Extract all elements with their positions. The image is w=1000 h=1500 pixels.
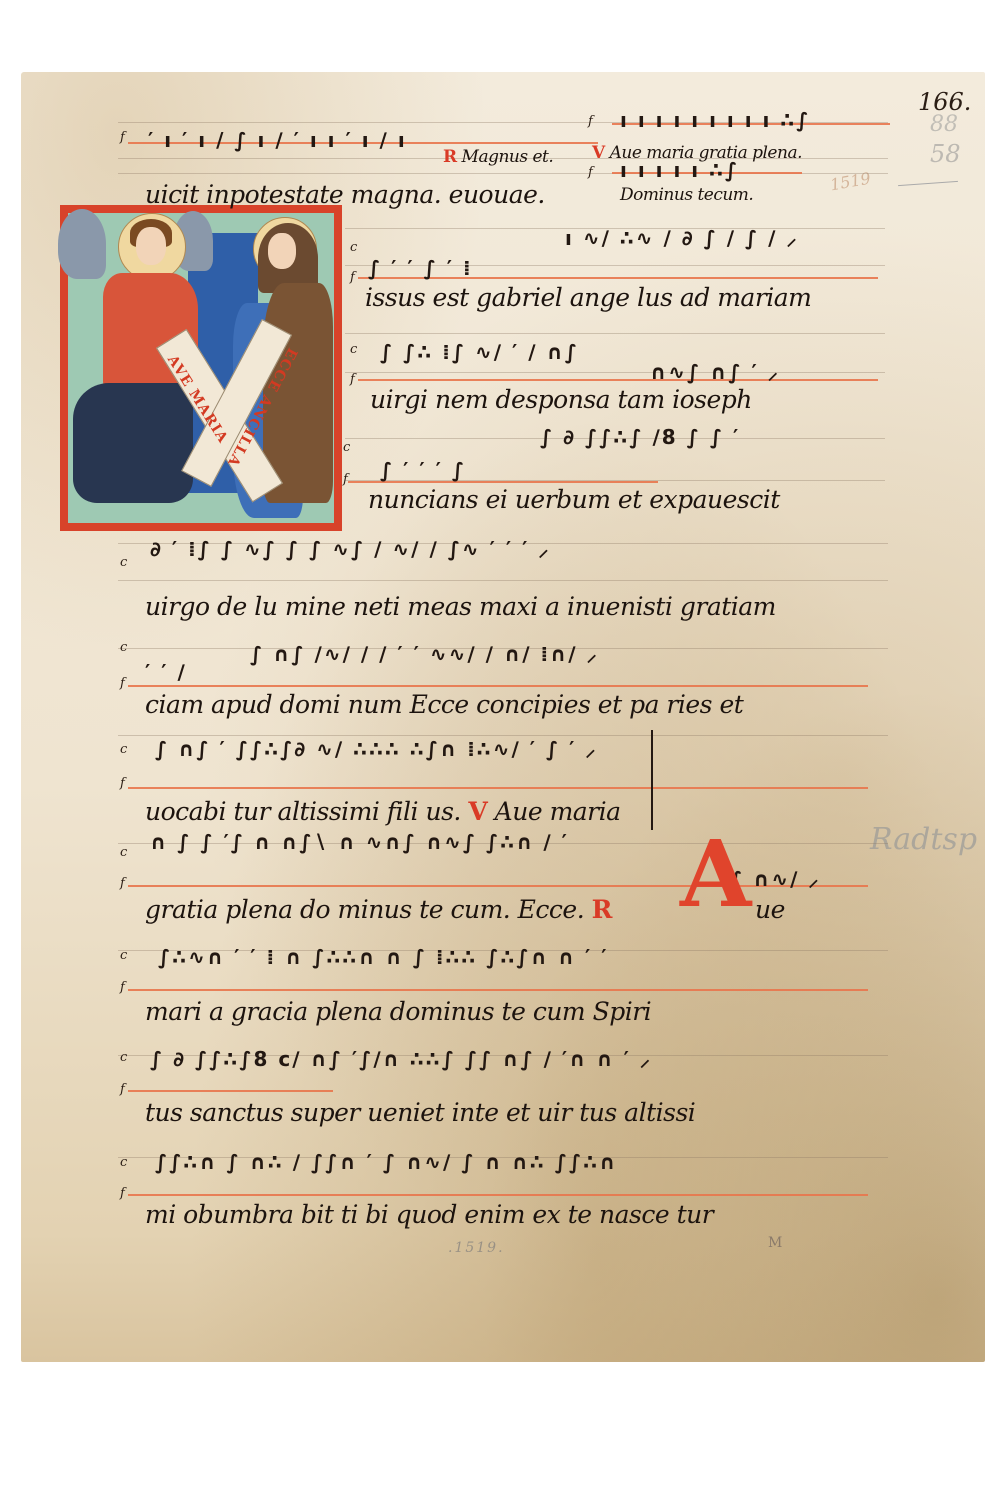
- text-line-9: mari a gracia plena dominus te cum Spiri: [145, 997, 651, 1026]
- text-aue-maria: Aue maria gratia plena.: [610, 143, 802, 163]
- text-line-10: tus sanctus super ueniet inte et uir tus…: [145, 1098, 695, 1127]
- text-line-2: issus est gabriel ange lus ad mariam: [365, 283, 811, 312]
- ruling-line: [345, 372, 885, 373]
- rubric-v: V: [592, 143, 605, 163]
- c-clef: c: [120, 845, 127, 860]
- neumes-line-8c: ∩ ∫ ∫ ′∫ ∩ ∩∫∖ ∩ ∿∩∫ ∩∿∫ ∫∴∩ ∕ ′: [150, 830, 569, 854]
- c-clef: c: [343, 440, 350, 455]
- c-clef: c: [120, 742, 127, 757]
- c-clef: c: [350, 342, 357, 357]
- mary-face: [268, 233, 296, 269]
- text-line-4: nuncians ei uerbum et expauescit: [368, 485, 780, 514]
- verse-line-1: V Aue maria gratia plena.: [592, 143, 802, 163]
- text-line-3: uirgi nem desponsa tam ioseph: [370, 385, 752, 414]
- rubric-v: V: [468, 797, 487, 826]
- f-line: [128, 989, 868, 991]
- rubric-r: R: [443, 147, 457, 167]
- text-ue: ue: [755, 895, 785, 924]
- f-clef: f: [343, 472, 348, 487]
- pencil-old-folio-88: 88: [930, 112, 958, 137]
- f-line: [128, 685, 868, 687]
- division-bar: [651, 730, 653, 830]
- text-line-7: uocabi tur altissimi fili us. V Aue mari…: [145, 797, 621, 826]
- text-aue-maria: Aue maria: [495, 797, 621, 826]
- f-clef: f: [588, 165, 593, 180]
- f-line: [128, 1090, 333, 1092]
- f-line: [358, 379, 878, 381]
- c-clef: c: [120, 948, 127, 963]
- c-clef: c: [120, 640, 127, 655]
- f-clef: f: [120, 130, 125, 145]
- text-line-6: ciam apud domi num Ecce concipies et pa …: [145, 690, 743, 719]
- f-line: [128, 1194, 868, 1196]
- neumes-line-6f: ′ ′ ∕: [145, 660, 187, 684]
- ownership-stamp-icon: M: [768, 1235, 782, 1251]
- f-clef: f: [350, 372, 355, 387]
- f-clef: f: [350, 270, 355, 285]
- angel-dark-mantle: [73, 383, 193, 503]
- red-initial-a: A: [680, 828, 751, 920]
- neumes-line-1a: ′ ı ′ ı / ∫ ı ∕ ′ ı ı ′ ı ∕ ı: [148, 128, 407, 152]
- rubric-r-line-1: R Magnus et.: [443, 147, 553, 167]
- c-clef: c: [120, 555, 127, 570]
- c-clef: c: [350, 240, 357, 255]
- angel-face: [136, 227, 166, 265]
- f-clef: f: [588, 114, 593, 129]
- text-gratia-plena: gratia plena do minus te cum. Ecce.: [145, 895, 584, 924]
- neumes-line-10c: ∫ ∂ ∫∫∴∫8 c∕ ∩∫ ′∫∕∩ ∴∴∫ ∫∫ ∩∫ ∕ ′∩ ∩ ′ …: [150, 1045, 652, 1072]
- ruling-line: [345, 333, 885, 334]
- ruling-line: [118, 580, 888, 581]
- text-line-8: gratia plena do minus te cum. Ecce. R: [145, 895, 612, 924]
- f-clef: f: [120, 776, 125, 791]
- text-uocabitur: uocabi tur altissimi fili us.: [145, 797, 461, 826]
- f-clef: f: [120, 980, 125, 995]
- c-clef: c: [120, 1155, 127, 1170]
- rubric-r: R: [592, 895, 612, 924]
- neumes-line-4f: ∫ ′ ′ ′ ∫: [380, 458, 466, 482]
- pencil-old-folio-58: 58: [930, 140, 961, 168]
- c-clef: c: [120, 1050, 127, 1065]
- neumes-line-1b: ı ı ı ı ı ı ı ı ı ∴∫: [620, 108, 810, 132]
- f-line: [128, 787, 868, 789]
- cue-magnus: Magnus et.: [462, 147, 554, 167]
- f-clef: f: [120, 676, 125, 691]
- neumes-line-7c: ∫ ∩∫ ′ ∫∫∴∫∂ ∿∕ ∴∴∴ ∴∫∩ ⁞∴∿∕ ′ ∫ ′ ⸝: [155, 735, 597, 762]
- pencil-margin-note: Radtsp: [870, 822, 977, 857]
- neumes-line-2c: ı ∿∕ ∴∿ ∕ ∂ ∫ ∕ ∫ ∕ ⸝: [565, 224, 798, 251]
- neumes-line-6c: ∫ ∩∫ ∕∿∕ ∕ ∕ ′ ′ ∿∿∕ ∕ ∩∕ ⁞∩∕ ⸝: [250, 640, 599, 667]
- neumes-line-3c: ∫ ∫∴ ⁞∫ ∿∕ ′ ∕ ∩∫: [380, 340, 579, 364]
- f-clef: f: [120, 1186, 125, 1201]
- historiated-initial-v: AVE MARIA ECCE ANCILLA: [60, 205, 342, 531]
- text-line-11: mi obumbra bit ti bi quod enim ex te nas…: [145, 1200, 713, 1229]
- text-line-1: uicit inpotestate magna. euouae.: [145, 180, 545, 209]
- neumes-line-2f: ∫ ′ ′ ∫ ′ ⁞: [368, 256, 473, 280]
- neumes-line-9c: ∫∴∿∩ ′ ′ ⁞ ∩ ∫∴∴∩ ∩ ∫ ⁞∴∴ ∫∴∫∩ ∩ ′ ′: [158, 945, 609, 969]
- neumes-line-4c: ∫ ∂ ∫∫∴∫ ∕8 ∫ ∫ ′: [540, 425, 740, 449]
- angel-wing-left: [58, 209, 106, 279]
- f-clef: f: [120, 1082, 125, 1097]
- text-line-5: uirgo de lu mine neti meas maxi a inueni…: [145, 592, 776, 621]
- pencil-annotation-bottom: .1519.: [448, 1240, 505, 1256]
- f-clef: f: [120, 876, 125, 891]
- text-dominus-tecum: Dominus tecum.: [620, 185, 753, 205]
- neumes-line-3f: ∩∿∫ ∩∫ ′ ⸝: [650, 358, 780, 385]
- neumes-line-11c: ∫∫∴∩ ∫ ∩∴ ∕ ∫∫∩ ′ ∫ ∩∿∕ ∫ ∩ ∩∴ ∫∫∴∩: [155, 1150, 617, 1174]
- neumes-line-5c: ∂ ′ ⁞∫ ∫ ∿∫ ∫ ∫ ∿∫ ∕ ∿∕ ∕ ∫∿ ′ ′ ′ ⸝: [150, 535, 550, 562]
